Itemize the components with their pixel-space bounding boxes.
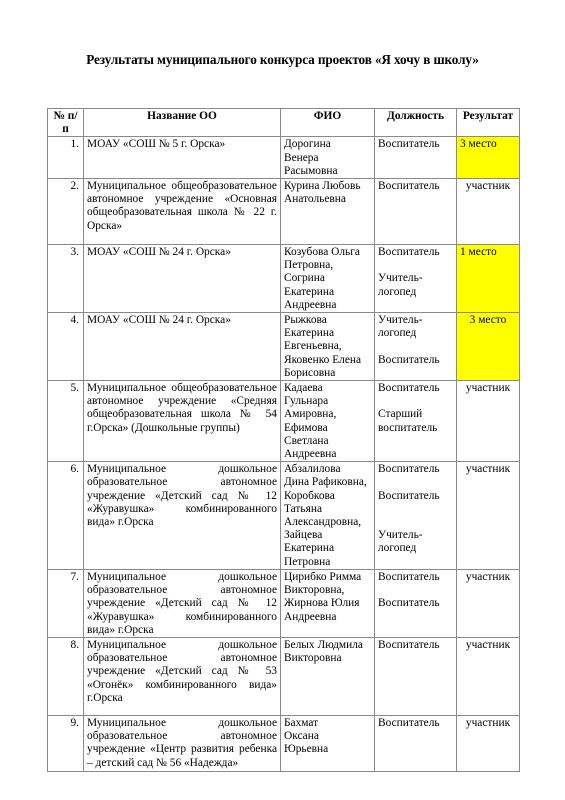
fio-line: Жирнова Юлия [284,597,371,610]
header-num: № п/п [48,109,84,137]
fio-line: Викторовна, [284,584,371,597]
position-line: Воспитатель [378,382,453,395]
position-line: Воспитатель [378,354,453,367]
fio-line: Яковенко Елена [284,354,371,367]
org-name: Муниципальное дошкольное образовательное… [84,569,281,637]
fio-line: Светлана [284,435,371,448]
position-line [378,340,453,353]
table-header-row: № п/п Название ОО ФИО Должность Результа… [48,109,520,137]
fio-line: Екатерина [284,286,371,299]
fio-line: Анатольевна [284,193,371,206]
table-row: 5.Муниципальное общеобразовательное авто… [48,381,520,462]
results-table: № п/п Название ОО ФИО Должность Результа… [47,108,520,772]
position-cell: Воспитатель [375,137,457,179]
table-body: 1.МОАУ «СОШ № 5 г. Орска»ДорогинаВенераР… [48,137,520,772]
fio-line: Андреевна [284,299,371,312]
position-line [378,259,453,272]
fio-line: Амировна, [284,408,371,421]
row-number: 3. [48,245,84,313]
row-number: 5. [48,381,84,462]
position-line [378,476,453,489]
row-number: 9. [48,715,84,771]
position-line: логопед [378,286,453,299]
position-line: Старший [378,408,453,421]
fio-line: Расымовна [284,165,371,178]
position-line: Воспитатель [378,571,453,584]
fio-line: Андреевна [284,611,371,624]
fio-line: Екатерина [284,542,371,555]
fio-cell: ДорогинаВенераРасымовна [281,137,375,179]
row-number: 8. [48,637,84,715]
position-line: Учитель- [378,272,453,285]
position-line: Воспитатель [378,463,453,476]
fio-cell: Козубова ОльгаПетровна,СогринаЕкатеринаА… [281,245,375,313]
position-line: Воспитатель [378,490,453,503]
position-cell: ВоспитательВоспитатель [375,569,457,637]
org-name: Муниципальное дошкольное образовательное… [84,462,281,570]
fio-cell: Белых ЛюдмилаВикторовна [281,637,375,715]
result-cell: участник [457,569,520,637]
result-cell: участник [457,462,520,570]
result-cell: участник [457,179,520,245]
fio-line: Козубова Ольга [284,246,371,259]
position-line: Воспитатель [378,717,453,730]
position-cell: ВоспитательУчитель-логопед [375,245,457,313]
header-fio: ФИО [281,109,375,137]
fio-line: Курина Любовь [284,180,371,193]
position-line: Учитель- [378,314,453,327]
fio-line: Кадаева [284,382,371,395]
position-line: Воспитатель [378,138,453,151]
fio-line: Цирибко Римма [284,571,371,584]
fio-cell: АбзалиловаДина Рафиковна,КоробковаТатьян… [281,462,375,570]
position-line: Воспитатель [378,180,453,193]
position-line: логопед [378,542,453,555]
row-number: 1. [48,137,84,179]
fio-line: Гульнара [284,395,371,408]
position-cell: ВоспитательСтаршийвоспитатель [375,381,457,462]
org-name: Муниципальное дошкольное образовательное… [84,715,281,771]
fio-line: Борисовна [284,367,371,380]
fio-line: Александровна, [284,516,371,529]
position-line [378,503,453,516]
result-cell: участник [457,715,520,771]
org-name: МОАУ «СОШ № 24 г. Орска» [84,313,281,381]
fio-cell: Бахмат ОксанаЮрьевна [281,715,375,771]
position-cell: Воспитатель [375,715,457,771]
result-cell: 3 место [457,137,520,179]
position-line: воспитатель [378,422,453,435]
table-row: 7.Муниципальное дошкольное образовательн… [48,569,520,637]
fio-line: Татьяна [284,503,371,516]
position-cell: Воспитатель [375,637,457,715]
header-org: Название ОО [84,109,281,137]
result-cell: 3 место [457,313,520,381]
row-number: 2. [48,179,84,245]
org-name: МОАУ «СОШ № 24 г. Орска» [84,245,281,313]
org-name: Муниципальное общеобразовательное автоно… [84,179,281,245]
table-row: 8.Муниципальное дошкольное образовательн… [48,637,520,715]
fio-line: Петровна, [284,259,371,272]
position-line: логопед [378,327,453,340]
result-cell: участник [457,381,520,462]
table-row: 3.МОАУ «СОШ № 24 г. Орска»Козубова Ольга… [48,245,520,313]
fio-line: Бахмат [284,717,371,730]
fio-line: Белых Людмила [284,639,371,652]
fio-line: Екатерина [284,327,371,340]
position-line: Воспитатель [378,597,453,610]
position-line [378,516,453,529]
fio-line: Абзалилова [284,463,371,476]
row-number: 4. [48,313,84,381]
org-name: Муниципальное общеобразовательное автоно… [84,381,281,462]
table-row: 6.Муниципальное дошкольное образовательн… [48,462,520,570]
fio-line: Рыжкова [284,314,371,327]
result-cell: участник [457,637,520,715]
table-row: 1.МОАУ «СОШ № 5 г. Орска»ДорогинаВенераР… [48,137,520,179]
position-line [378,395,453,408]
result-cell: 1 место [457,245,520,313]
fio-cell: РыжковаЕкатеринаЕвгеньевна,Яковенко Елен… [281,313,375,381]
fio-line: Согрина [284,272,371,285]
position-cell: Учитель-логопедВоспитатель [375,313,457,381]
fio-line: Юрьевна [284,743,371,756]
fio-line: Оксана [284,730,371,743]
fio-cell: КадаеваГульнараАмировна,ЕфимоваСветланаА… [281,381,375,462]
fio-cell: Курина ЛюбовьАнатольевна [281,179,375,245]
position-cell: ВоспитательВоспитательУчитель-логопед [375,462,457,570]
row-number: 6. [48,462,84,570]
org-name: Муниципальное дошкольное образовательное… [84,637,281,715]
header-position: Должность [375,109,457,137]
fio-line: Дорогина [284,138,371,151]
fio-line: Викторовна [284,652,371,665]
fio-line: Дина Рафиковна, [284,476,371,489]
position-line: Воспитатель [378,639,453,652]
fio-line: Ефимова [284,422,371,435]
fio-line: Коробкова [284,490,371,503]
table-row: 2.Муниципальное общеобразовательное авто… [48,179,520,245]
position-line: Учитель- [378,529,453,542]
header-result: Результат [457,109,520,137]
fio-line: Венера [284,152,371,165]
table-row: 9.Муниципальное дошкольное образовательн… [48,715,520,771]
fio-line: Андреевна [284,448,371,461]
document-title: Результаты муниципального конкурса проек… [0,52,565,68]
position-line: Воспитатель [378,246,453,259]
table-row: 4.МОАУ «СОШ № 24 г. Орска»РыжковаЕкатери… [48,313,520,381]
fio-line: Евгеньевна, [284,340,371,353]
position-cell: Воспитатель [375,179,457,245]
fio-cell: Цирибко РиммаВикторовна,Жирнова ЮлияАндр… [281,569,375,637]
fio-line: Зайцева [284,529,371,542]
position-line [378,584,453,597]
row-number: 7. [48,569,84,637]
org-name: МОАУ «СОШ № 5 г. Орска» [84,137,281,179]
fio-line: Петровна [284,556,371,569]
